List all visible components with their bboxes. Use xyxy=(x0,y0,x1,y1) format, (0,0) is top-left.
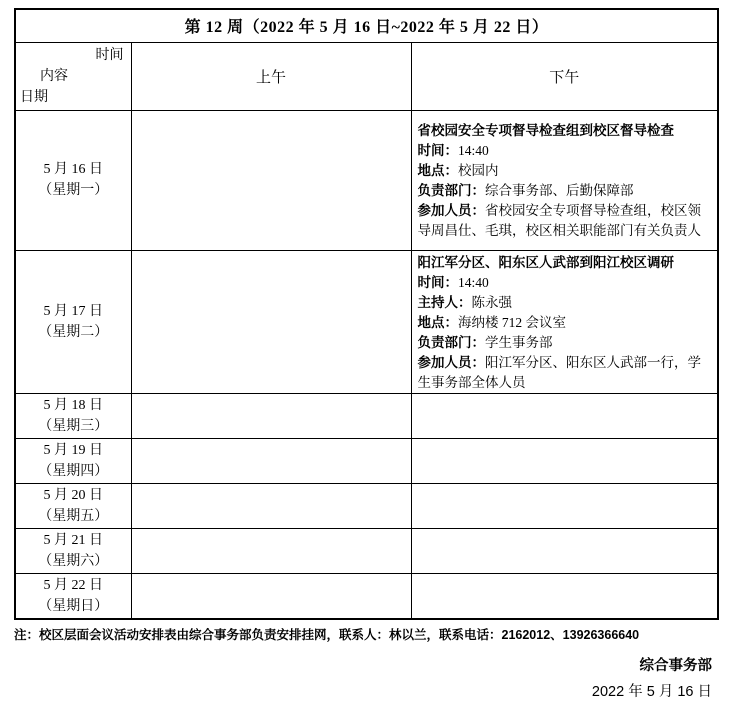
event-field-department: 负责部门：综合事务部、后勤保障部 xyxy=(418,181,714,201)
signature-date: 2022 年 5 月 16 日 xyxy=(14,679,712,705)
afternoon-cell xyxy=(411,393,718,438)
event-field-participants: 参加人员：省校园安全专项督导检查组，校区领导周昌仕、毛琪，校区相关职能部门有关负… xyxy=(418,201,714,241)
date-cell: 5 月 17 日 （星期二） xyxy=(15,250,131,393)
weekday-text: （星期二） xyxy=(17,322,130,343)
field-label: 负责部门： xyxy=(418,183,486,198)
field-value: 海纳楼 712 会议室 xyxy=(458,315,566,330)
date-text: 5 月 17 日 xyxy=(17,301,130,322)
table-row-may16: 5 月 16 日 （星期一） 省校园安全专项督导检查组到校区督导检查 时间：14… xyxy=(15,110,718,250)
field-value: 14:40 xyxy=(458,143,489,158)
footnote: 注：校区层面会议活动安排表由综合事务部负责安排挂网，联系人：林以兰，联系电话：2… xyxy=(14,627,717,644)
weekday-text: （星期一） xyxy=(17,180,130,201)
morning-cell xyxy=(131,573,411,619)
event-field-time: 时间：14:40 xyxy=(418,141,714,161)
field-label: 主持人： xyxy=(418,295,472,310)
corner-header-cell: 时间 内容 日期 xyxy=(15,42,131,110)
weekday-text: （星期日） xyxy=(17,596,130,617)
event-field-location: 地点：海纳楼 712 会议室 xyxy=(418,313,714,333)
date-cell: 5 月 19 日 （星期四） xyxy=(15,438,131,483)
afternoon-cell xyxy=(411,483,718,528)
header-row: 时间 内容 日期 上午 下午 xyxy=(15,42,718,110)
field-label: 时间： xyxy=(418,143,459,158)
table-row-may20: 5 月 20 日 （星期五） xyxy=(15,483,718,528)
event-field-time: 时间：14:40 xyxy=(418,273,714,293)
afternoon-cell: 阳江军分区、阳东区人武部到阳江校区调研 时间：14:40 主持人：陈永强 地点：… xyxy=(411,250,718,393)
morning-cell xyxy=(131,250,411,393)
signature-block: 综合事务部 2022 年 5 月 16 日 xyxy=(14,653,717,705)
corner-label-date: 日期 xyxy=(16,87,131,108)
table-row-may18: 5 月 18 日 （星期三） xyxy=(15,393,718,438)
weekday-text: （星期三） xyxy=(17,416,130,437)
field-value: 14:40 xyxy=(458,275,489,290)
morning-cell xyxy=(131,483,411,528)
date-cell: 5 月 18 日 （星期三） xyxy=(15,393,131,438)
date-cell: 5 月 20 日 （星期五） xyxy=(15,483,131,528)
event-field-participants: 参加人员：阳江军分区、阳东区人武部一行，学生事务部全体人员 xyxy=(418,353,714,393)
event-field-location: 地点：校园内 xyxy=(418,161,714,181)
date-text: 5 月 19 日 xyxy=(17,440,130,461)
field-value: 综合事务部、后勤保障部 xyxy=(485,183,634,198)
date-text: 5 月 16 日 xyxy=(17,159,130,180)
weekday-text: （星期六） xyxy=(17,551,130,572)
date-text: 5 月 21 日 xyxy=(17,530,130,551)
date-cell: 5 月 21 日 （星期六） xyxy=(15,528,131,573)
table-row-may22: 5 月 22 日 （星期日） xyxy=(15,573,718,619)
field-label: 地点： xyxy=(418,163,459,178)
morning-cell xyxy=(131,528,411,573)
column-header-morning: 上午 xyxy=(131,42,411,110)
field-value: 校园内 xyxy=(458,163,499,178)
title-row: 第 12 周（2022 年 5 月 16 日~2022 年 5 月 22 日） xyxy=(15,9,718,42)
date-text: 5 月 20 日 xyxy=(17,485,130,506)
afternoon-cell xyxy=(411,528,718,573)
field-label: 时间： xyxy=(418,275,459,290)
event-title: 阳江军分区、阳东区人武部到阳江校区调研 xyxy=(418,253,714,273)
morning-cell xyxy=(131,110,411,250)
table-row-may19: 5 月 19 日 （星期四） xyxy=(15,438,718,483)
weekly-schedule-document: 第 12 周（2022 年 5 月 16 日~2022 年 5 月 22 日） … xyxy=(0,0,731,716)
week-title: 第 12 周（2022 年 5 月 16 日~2022 年 5 月 22 日） xyxy=(15,9,718,42)
date-text: 5 月 22 日 xyxy=(17,575,130,596)
field-label: 参加人员： xyxy=(418,355,486,370)
table-row-may21: 5 月 21 日 （星期六） xyxy=(15,528,718,573)
date-text: 5 月 18 日 xyxy=(17,395,130,416)
date-cell: 5 月 16 日 （星期一） xyxy=(15,110,131,250)
morning-cell xyxy=(131,438,411,483)
weekly-schedule-table: 第 12 周（2022 年 5 月 16 日~2022 年 5 月 22 日） … xyxy=(14,8,719,620)
afternoon-cell xyxy=(411,438,718,483)
afternoon-cell xyxy=(411,573,718,619)
field-label: 参加人员： xyxy=(418,203,486,218)
field-label: 负责部门： xyxy=(418,335,486,350)
field-label: 地点： xyxy=(418,315,459,330)
field-value: 陈永强 xyxy=(472,295,513,310)
event-field-host: 主持人：陈永强 xyxy=(418,293,714,313)
event-field-department: 负责部门：学生事务部 xyxy=(418,333,714,353)
afternoon-cell: 省校园安全专项督导检查组到校区督导检查 时间：14:40 地点：校园内 负责部门… xyxy=(411,110,718,250)
table-row-may17: 5 月 17 日 （星期二） 阳江军分区、阳东区人武部到阳江校区调研 时间：14… xyxy=(15,250,718,393)
date-cell: 5 月 22 日 （星期日） xyxy=(15,573,131,619)
corner-label-time: 时间 xyxy=(16,45,131,66)
column-header-afternoon: 下午 xyxy=(411,42,718,110)
event-title: 省校园安全专项督导检查组到校区督导检查 xyxy=(418,121,714,141)
weekday-text: （星期四） xyxy=(17,461,130,482)
signature-department: 综合事务部 xyxy=(14,653,712,679)
weekday-text: （星期五） xyxy=(17,506,130,527)
morning-cell xyxy=(131,393,411,438)
corner-label-content: 内容 xyxy=(16,66,131,87)
field-value: 学生事务部 xyxy=(485,335,553,350)
